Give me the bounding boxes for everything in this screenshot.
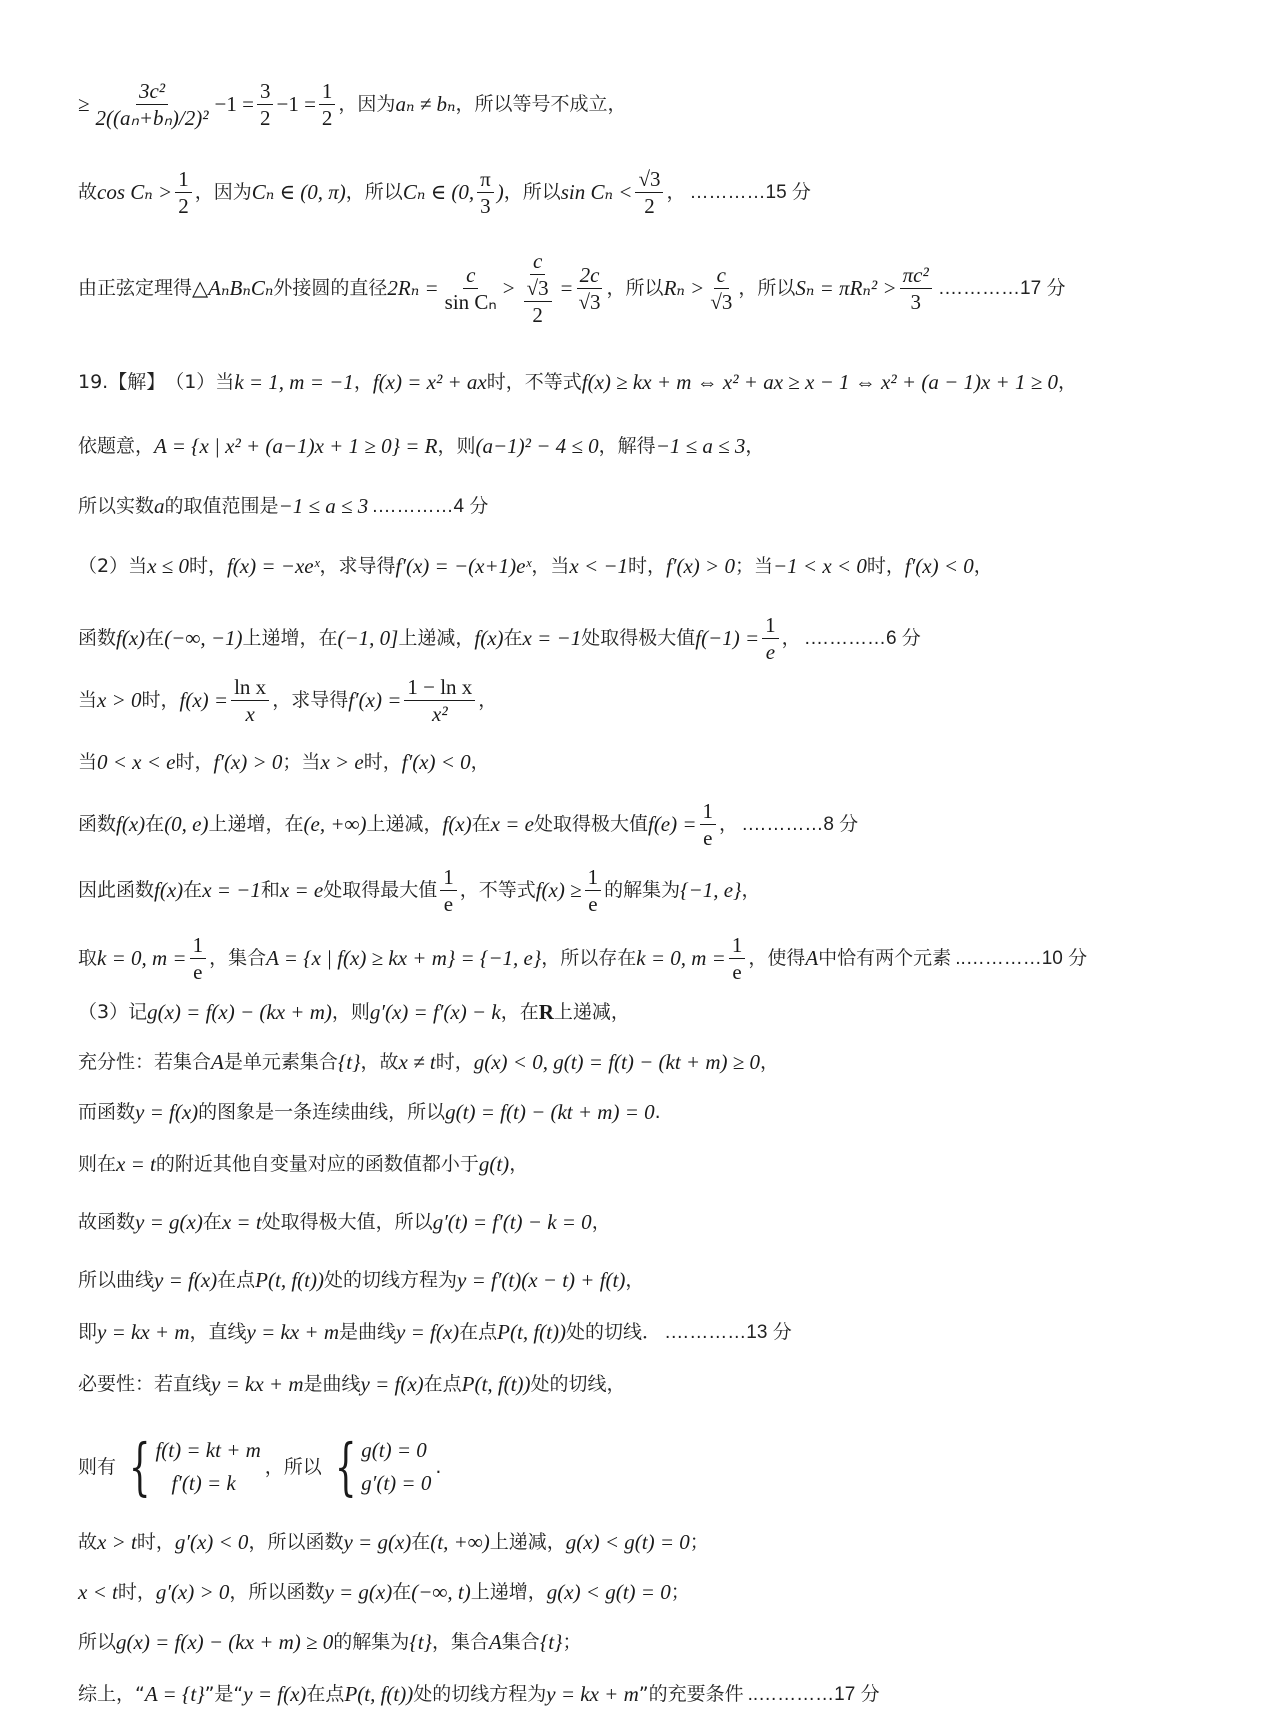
line-l7: （2）当 x ≤ 0 时， f(x) = −xeˣ ，求导得 f′(x) = −… [78, 556, 993, 577]
fraction: π 3 [477, 168, 494, 217]
line-l8: 函数 f(x) 在 (−∞, −1) 上递增，在 (−1, 0] 上递减， f(… [78, 614, 921, 663]
line-l17: 则在 x = t 的附近其他自变量对应的函数值都小于 g(t) ， [78, 1154, 528, 1175]
line-l20: 即 y = kx + m ，直线 y = kx + m 是曲线 y = f(x)… [78, 1322, 792, 1343]
line-l6: 所以实数 a 的取值范围是 −1 ≤ a ≤ 3 .…………4 分 [78, 496, 488, 517]
math: cos Cₙ > [97, 182, 172, 203]
line-l14: （3）记 g(x) = f(x) − (kx + m) ，则 g′(x) = f… [78, 1002, 630, 1023]
line-l21: 必要性：若直线 y = kx + m 是曲线 y = f(x) 在点 P(t, … [78, 1374, 626, 1395]
line-l1: ≥ 3c² 2((aₙ+bₙ)/2)² −1 = 3 2 −1 = 1 2 ，因… [78, 80, 627, 129]
fraction: 1 e [190, 934, 207, 983]
math: Rₙ > [664, 278, 705, 299]
math: −1 = [215, 94, 254, 115]
score-marker: .…………13 分 [665, 1323, 792, 1342]
math: −1 = [276, 94, 315, 115]
line-l13: 取 k = 0, m = 1 e ，集合 A = {x | f(x) ≥ kx … [78, 934, 1087, 983]
math: △AₙBₙCₙ [192, 278, 273, 299]
line-l19: 所以曲线 y = f(x) 在点 P(t, f(t)) 处的切线方程为 y = … [78, 1270, 644, 1291]
fraction: c √3 [707, 264, 735, 313]
line-l22: 则有 { f(t) = kt + m f′(t) = k ，所以 { g(t) … [78, 1436, 441, 1498]
line-l23: 故 x > t 时， g′(x) < 0 ，所以函数 y = g(x) 在 (t… [78, 1532, 709, 1553]
fraction: 1 2 [175, 168, 192, 217]
line-l16: 而函数 y = f(x) 的图象是一条连续曲线，所以 g(t) = f(t) −… [78, 1102, 661, 1123]
fraction: 1 e [585, 866, 602, 915]
problem-label: 19.【解】 [78, 373, 165, 392]
math: Sₙ = πRₙ² > [795, 278, 896, 299]
line-l5: 依题意， A = {x | x² + (a−1)x + 1 ≥ 0} = R ，… [78, 436, 764, 457]
score-marker: .…………17 分 [939, 279, 1066, 298]
math: 2Rₙ = [387, 278, 438, 299]
text: ，所以等号不成立， [455, 95, 626, 114]
fraction: √3 2 [635, 168, 663, 217]
line-l24: x < t 时， g′(x) > 0 ，所以函数 y = g(x) 在 (−∞,… [78, 1582, 690, 1603]
fraction: 1 e [729, 934, 746, 983]
line-l25: 所以 g(x) = f(x) − (kx + m) ≥ 0 的解集为 {t} ，… [78, 1632, 581, 1653]
score-marker: .…………8 分 [742, 815, 858, 834]
left-brace: { [335, 1436, 357, 1498]
equation-system: { g(t) = 0 g′(t) = 0 [326, 1436, 432, 1498]
line-l4: 19.【解】 （1）当 k = 1, m = −1 ， f(x) = x² + … [78, 372, 1077, 393]
text: ，因为 [338, 95, 395, 114]
line-l11: 函数 f(x) 在 (0, e) 上递增，在 (e, +∞) 上递减， f(x)… [78, 800, 858, 849]
fraction: 1 2 [319, 80, 336, 129]
line-l15: 充分性：若集合 A 是单元素集合 {t} ，故 x ≠ t 时， g(x) < … [78, 1052, 779, 1073]
fraction: 1 e [440, 866, 457, 915]
line-l2: 故 cos Cₙ > 1 2 ，因为 Cₙ ∈ (0, π) ，所以 Cₙ ∈ … [78, 168, 811, 217]
score-marker: ..…………17 分 [748, 1685, 880, 1704]
fraction: ln x x [231, 676, 269, 725]
score-marker: …………15 分 [690, 183, 811, 202]
fraction: c √3 2 [518, 250, 558, 326]
score-marker: ..…………10 分 [955, 949, 1087, 968]
equation-system: { f(t) = kt + m f′(t) = k [120, 1436, 261, 1498]
math: aₙ ≠ bₙ [395, 94, 455, 115]
fraction: 1 e [700, 800, 717, 849]
left-brace: { [129, 1436, 151, 1498]
math: Cₙ ∈ (0, π) [252, 182, 346, 203]
line-l18: 故函数 y = g(x) 在 x = t 处取得极大值，所以 g′(t) = f… [78, 1212, 611, 1233]
line-l10: 当 0 < x < e 时， f′(x) > 0 ；当 x > e 时， f′(… [78, 752, 490, 773]
line-l3: 由正弦定理得 △AₙBₙCₙ 外接圆的直径 2Rₙ = c sin Cₙ > c… [78, 250, 1065, 326]
math: Cₙ ∈ (0, [403, 182, 474, 203]
math: ≥ [78, 94, 90, 115]
fraction-nested: √3 2 [524, 277, 552, 326]
score-marker: .…………6 分 [805, 629, 921, 648]
fraction: c sin Cₙ [442, 264, 500, 313]
score-marker: .…………4 分 [372, 497, 488, 516]
fraction: 3 2 [257, 80, 274, 129]
fraction: πc² 3 [900, 264, 932, 313]
fraction: 1 − ln x x² [404, 676, 475, 725]
fraction: 2c √3 [576, 264, 604, 313]
fraction: 3c² 2((aₙ+bₙ)/2)² [93, 80, 212, 129]
line-l26: 综上，“ A = {t} ”是“ y = f(x) 在点 P(t, f(t)) … [78, 1684, 880, 1705]
math: sin Cₙ < [561, 182, 633, 203]
fraction: 1 e [762, 614, 779, 663]
line-l12: 因此函数 f(x) 在 x = −1 和 x = e 处取得最大值 1 e ，不… [78, 866, 760, 915]
line-l9: 当 x > 0 时， f(x) = ln x x ，求导得 f′(x) = 1 … [78, 676, 497, 725]
